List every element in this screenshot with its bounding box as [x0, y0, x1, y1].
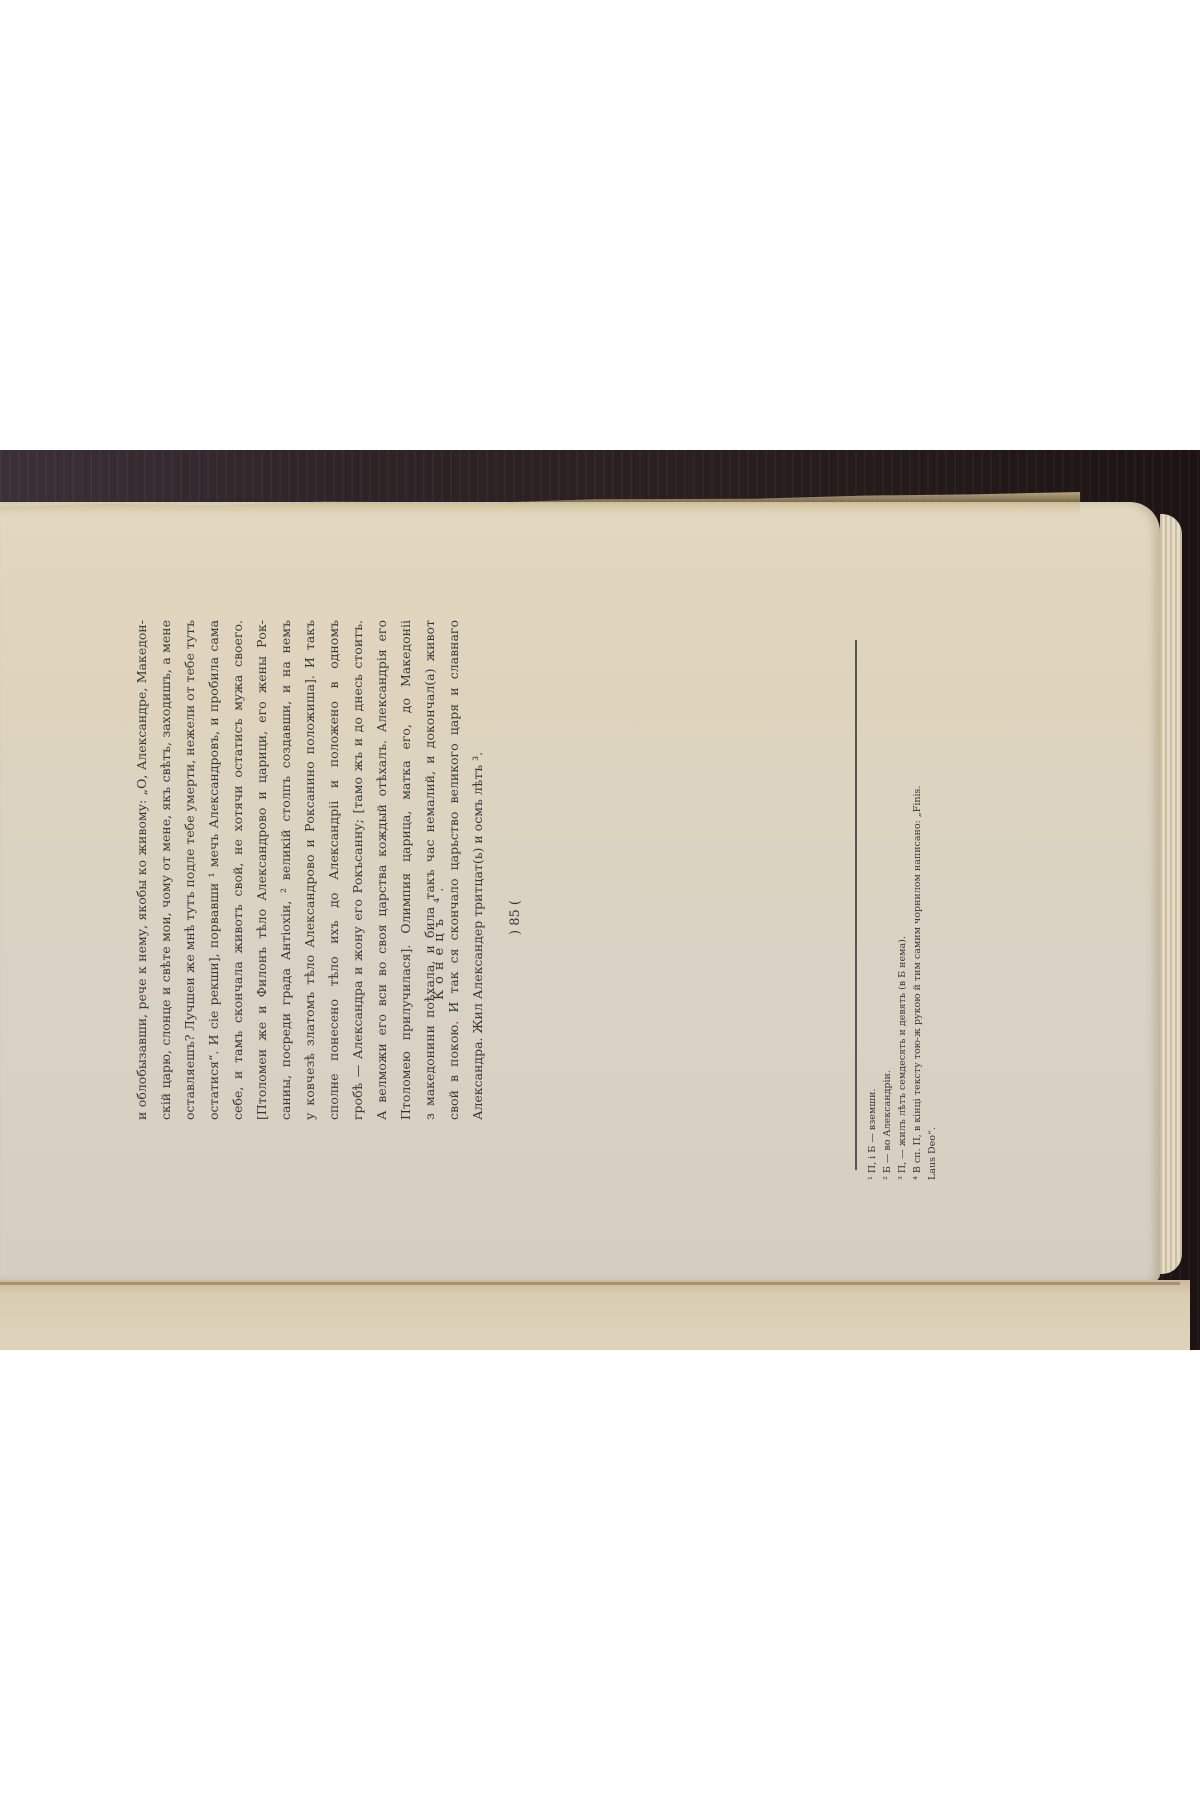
- text-line: свой в покою. И так ся скончало царьство…: [442, 620, 466, 1120]
- footnote: Laus Deo“.: [925, 620, 940, 1180]
- text-line: [Птоломеи же и Филонъ тѣло Александрово …: [250, 620, 274, 1120]
- text-line: Птоломею прилучилася]. Олимпия царица, м…: [394, 620, 418, 1120]
- footnotes: ¹ П, і Б — вземши. ² Б — во Александріи.…: [865, 620, 940, 1180]
- footnote: ² Б — во Александріи.: [880, 620, 895, 1180]
- page-fold: [0, 1282, 1180, 1285]
- footnote: ⁴ В сп. П, в кінці тексту тою-ж рукою й …: [910, 620, 925, 1180]
- text-line: себе, и тамъ скончала животъ свой, не хо…: [226, 620, 250, 1120]
- facing-page: [0, 1280, 1190, 1350]
- footnote: ¹ П, і Б — вземши.: [865, 620, 880, 1180]
- text-line: и облобызавши, рече к нему, якобы ко жив…: [130, 620, 154, 1120]
- text-line: саниы, посреди града Антіохіи, ² великій…: [274, 620, 298, 1120]
- text-line: оставляешъ? Лучшеи же мнѣ тутъ подле теб…: [178, 620, 202, 1120]
- text-line: скій царю, слонце и свѣте мои, чому от м…: [154, 620, 178, 1120]
- text-line: А велможи его вси во своя царства кождый…: [370, 620, 394, 1120]
- footnote-divider: [855, 640, 857, 1170]
- page-edges: [1160, 514, 1182, 1274]
- text-line: остатися“. И сіе рекши], порвавши ¹ мечъ…: [202, 620, 226, 1120]
- main-text-block: и облобызавши, рече к нему, якобы ко жив…: [130, 620, 490, 1120]
- text-line: у ковчезѣ златомъ тѣло Александрово и Ро…: [298, 620, 322, 1120]
- text-line: гробѣ — Александра и жону его Рокъсанну;…: [346, 620, 370, 1120]
- text-line: сполне понесено тѣло ихъ до Александріі …: [322, 620, 346, 1120]
- text-line: з македонини поѣхала, и била такъ час не…: [418, 620, 442, 1120]
- ending-word: Конецъ ⁴.: [432, 882, 447, 1000]
- text-line: Александра. Жил Александер тритцат(ь) и …: [466, 620, 490, 1120]
- page-number: ) 85 (: [508, 900, 523, 935]
- footnote: ³ П, — жилъ лѣтъ семдесять и девять (в Б…: [895, 620, 910, 1180]
